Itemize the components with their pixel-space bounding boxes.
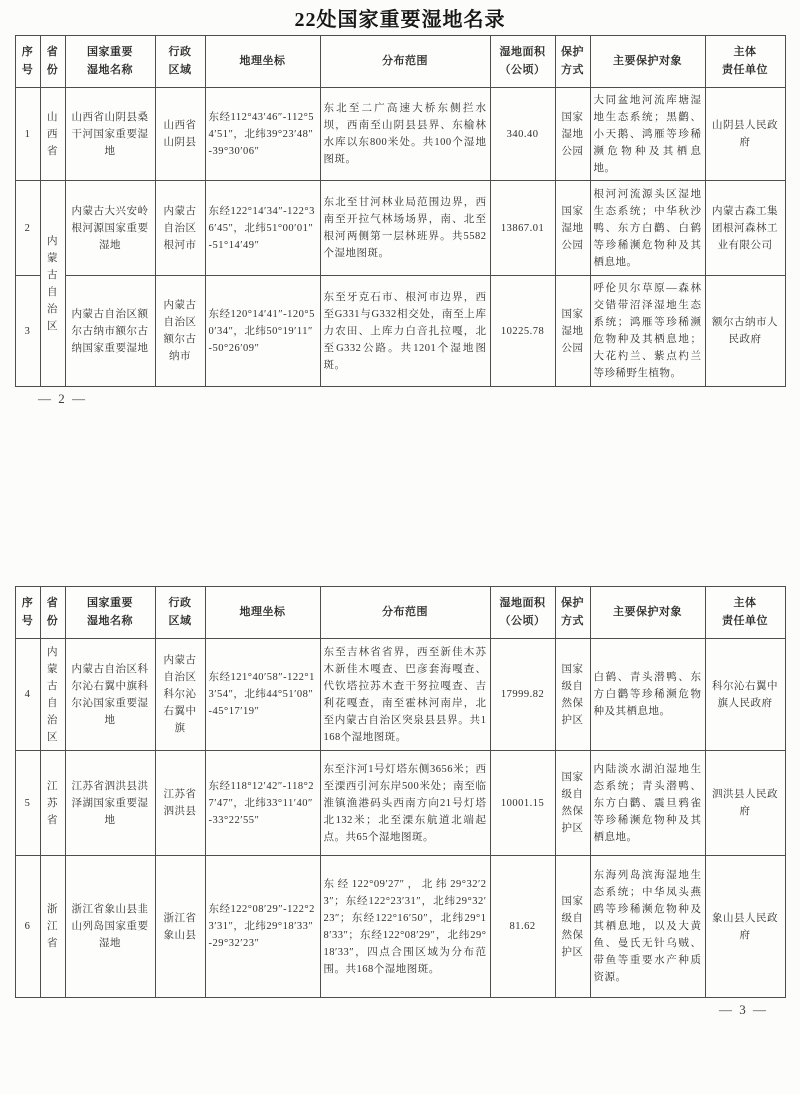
document-title: 22处国家重要湿地名录 [0,3,800,32]
column-header: 保护 方式 [555,36,590,88]
column-header: 主要保护对象 [590,36,705,88]
cell-region: 内蒙古自治区额尔古纳市 [155,276,205,387]
cell-targets: 大同盆地河流库塘湿地生态系统；黑鹳、小天鹅、鸿雁等珍稀濒危物种及其栖息地。 [590,88,705,181]
cell-province: 内蒙古自治区 [40,181,65,387]
cell-responsible: 泗洪县人民政府 [705,751,785,856]
column-header: 省份 [40,587,65,639]
cell-province: 山西省 [40,88,65,181]
cell-range: 东北至二广高速大桥东侧拦水坝，西南至山阴县县界、东榆林水库以东800米处。共10… [320,88,490,181]
cell-range: 东北至甘河林业局范围边界，西南至开拉气林场场界，南、北至根河两侧第一层林班界。共… [320,181,490,276]
cell-region: 内蒙古自治区根河市 [155,181,205,276]
cell-coords: 东经118°12′42″-118°27′47″，北纬33°11′40″-33°2… [205,751,320,856]
cell-targets: 白鹤、青头潜鸭、东方白鹳等珍稀濒危物种及其栖息地。 [590,639,705,751]
document-page: 22处国家重要湿地名录 序号省份国家重要 湿地名称行政 区域地理坐标分布范围湿地… [0,0,800,1019]
table-row: 2内蒙古自治区内蒙古大兴安岭根河源国家重要湿地内蒙古自治区根河市东经122°14… [15,181,785,276]
cell-no: 1 [15,88,40,181]
cell-name: 内蒙古自治区科尔沁右翼中旗科尔沁国家重要湿地 [65,639,155,751]
cell-no: 3 [15,276,40,387]
cell-name: 内蒙古自治区额尔古纳市额尔古纳国家重要湿地 [65,276,155,387]
column-header: 主要保护对象 [590,587,705,639]
table-header-row: 序号省份国家重要 湿地名称行政 区域地理坐标分布范围湿地面积 （公顷）保护 方式… [15,36,785,88]
cell-coords: 东经121°40′58″-122°13′54″，北纬44°51′08″-45°1… [205,639,320,751]
table-row: 4内蒙古自治区内蒙古自治区科尔沁右翼中旗科尔沁国家重要湿地内蒙古自治区科尔沁右翼… [15,639,785,751]
cell-name: 山西省山阴县桑干河国家重要湿地 [65,88,155,181]
cell-protection: 国家级自然保护区 [555,856,590,998]
column-header: 主体 责任单位 [705,36,785,88]
cell-targets: 根河河流源头区湿地生态系统；中华秋沙鸭、东方白鹳、白鹤等珍稀濒危物种及其栖息地。 [590,181,705,276]
cell-protection: 国家湿地公园 [555,181,590,276]
cell-province: 浙江省 [40,856,65,998]
column-header: 保护 方式 [555,587,590,639]
column-header: 行政 区域 [155,36,205,88]
cell-name: 江苏省泗洪县洪泽湖国家重要湿地 [65,751,155,856]
cell-no: 2 [15,181,40,276]
cell-area: 13867.01 [490,181,555,276]
column-header: 省份 [40,36,65,88]
cell-region: 山西省山阴县 [155,88,205,181]
column-header: 序号 [15,587,40,639]
column-header: 分布范围 [320,587,490,639]
cell-range: 东经122°09′27″，北纬29°32′23″；东经122°23′31″，北纬… [320,856,490,998]
page-number-3: — 3 — [0,1002,800,1019]
cell-province: 江苏省 [40,751,65,856]
column-header: 湿地面积 （公顷） [490,587,555,639]
cell-province: 内蒙古自治区 [40,639,65,751]
cell-targets: 东海列岛滨海湿地生态系统；中华凤头燕鸥等珍稀濒危物种及其栖息地，以及大黄鱼、曼氏… [590,856,705,998]
column-header: 湿地面积 （公顷） [490,36,555,88]
cell-area: 17999.82 [490,639,555,751]
table-row: 1山西省山西省山阴县桑干河国家重要湿地山西省山阴县东经112°43′46″-11… [15,88,785,181]
column-header: 地理坐标 [205,587,320,639]
cell-protection: 国家级自然保护区 [555,751,590,856]
cell-responsible: 科尔沁右翼中旗人民政府 [705,639,785,751]
cell-responsible: 额尔古纳市人民政府 [705,276,785,387]
cell-protection: 国家级自然保护区 [555,639,590,751]
cell-coords: 东经120°14′41″-120°50′34″，北纬50°19′11″-50°2… [205,276,320,387]
cell-protection: 国家湿地公园 [555,88,590,181]
wetlands-table-page-2: 序号省份国家重要 湿地名称行政 区域地理坐标分布范围湿地面积 （公顷）保护 方式… [15,35,786,387]
cell-area: 10225.78 [490,276,555,387]
cell-area: 10001.15 [490,751,555,856]
table-header-row: 序号省份国家重要 湿地名称行政 区域地理坐标分布范围湿地面积 （公顷）保护 方式… [15,587,785,639]
cell-targets: 呼伦贝尔草原—森林交错带沼泽湿地生态系统；鸿雁等珍稀濒危物种及其栖息地；大花杓兰… [590,276,705,387]
page-break-gap [0,408,800,586]
table-row: 6浙江省浙江省象山县韭山列岛国家重要湿地浙江省象山县东经122°08′29″-1… [15,856,785,998]
cell-no: 5 [15,751,40,856]
cell-range: 东至牙克石市、根河市边界，西至G331与G332相交处，南至上库力农田、上库力白… [320,276,490,387]
cell-name: 内蒙古大兴安岭根河源国家重要湿地 [65,181,155,276]
table-row: 5江苏省江苏省泗洪县洪泽湖国家重要湿地江苏省泗洪县东经118°12′42″-11… [15,751,785,856]
cell-responsible: 山阴县人民政府 [705,88,785,181]
page-number-2: — 2 — [0,391,800,408]
cell-range: 东至吉林省省界，西至新佳木苏木新佳木嘎查、巴彦套海嘎查、代钦塔拉苏木查干努拉嘎查… [320,639,490,751]
cell-no: 4 [15,639,40,751]
cell-targets: 内陆淡水湖泊湿地生态系统；青头潜鸭、东方白鹳、震旦鸦雀等珍稀濒危物种及其栖息地。 [590,751,705,856]
cell-region: 内蒙古自治区科尔沁右翼中旗 [155,639,205,751]
table-row: 3内蒙古自治区额尔古纳市额尔古纳国家重要湿地内蒙古自治区额尔古纳市东经120°1… [15,276,785,387]
column-header: 主体 责任单位 [705,587,785,639]
cell-region: 浙江省象山县 [155,856,205,998]
column-header: 地理坐标 [205,36,320,88]
cell-area: 81.62 [490,856,555,998]
cell-responsible: 内蒙古森工集团根河森林工业有限公司 [705,181,785,276]
column-header: 分布范围 [320,36,490,88]
cell-protection: 国家湿地公园 [555,276,590,387]
cell-coords: 东经122°08′29″-122°23′31″，北纬29°18′33″-29°3… [205,856,320,998]
column-header: 国家重要 湿地名称 [65,36,155,88]
cell-name: 浙江省象山县韭山列岛国家重要湿地 [65,856,155,998]
cell-range: 东至汴河1号灯塔东侧3656米；西至溧西引河东岸500米处；南至临淮镇渔港码头西… [320,751,490,856]
column-header: 行政 区域 [155,587,205,639]
wetlands-table-page-3: 序号省份国家重要 湿地名称行政 区域地理坐标分布范围湿地面积 （公顷）保护 方式… [15,586,786,998]
cell-coords: 东经112°43′46″-112°54′51″，北纬39°23′48″-39°3… [205,88,320,181]
column-header: 序号 [15,36,40,88]
cell-region: 江苏省泗洪县 [155,751,205,856]
cell-coords: 东经122°14′34″-122°36′45″，北纬51°00′01″-51°1… [205,181,320,276]
cell-responsible: 象山县人民政府 [705,856,785,998]
cell-area: 340.40 [490,88,555,181]
cell-no: 6 [15,856,40,998]
column-header: 国家重要 湿地名称 [65,587,155,639]
